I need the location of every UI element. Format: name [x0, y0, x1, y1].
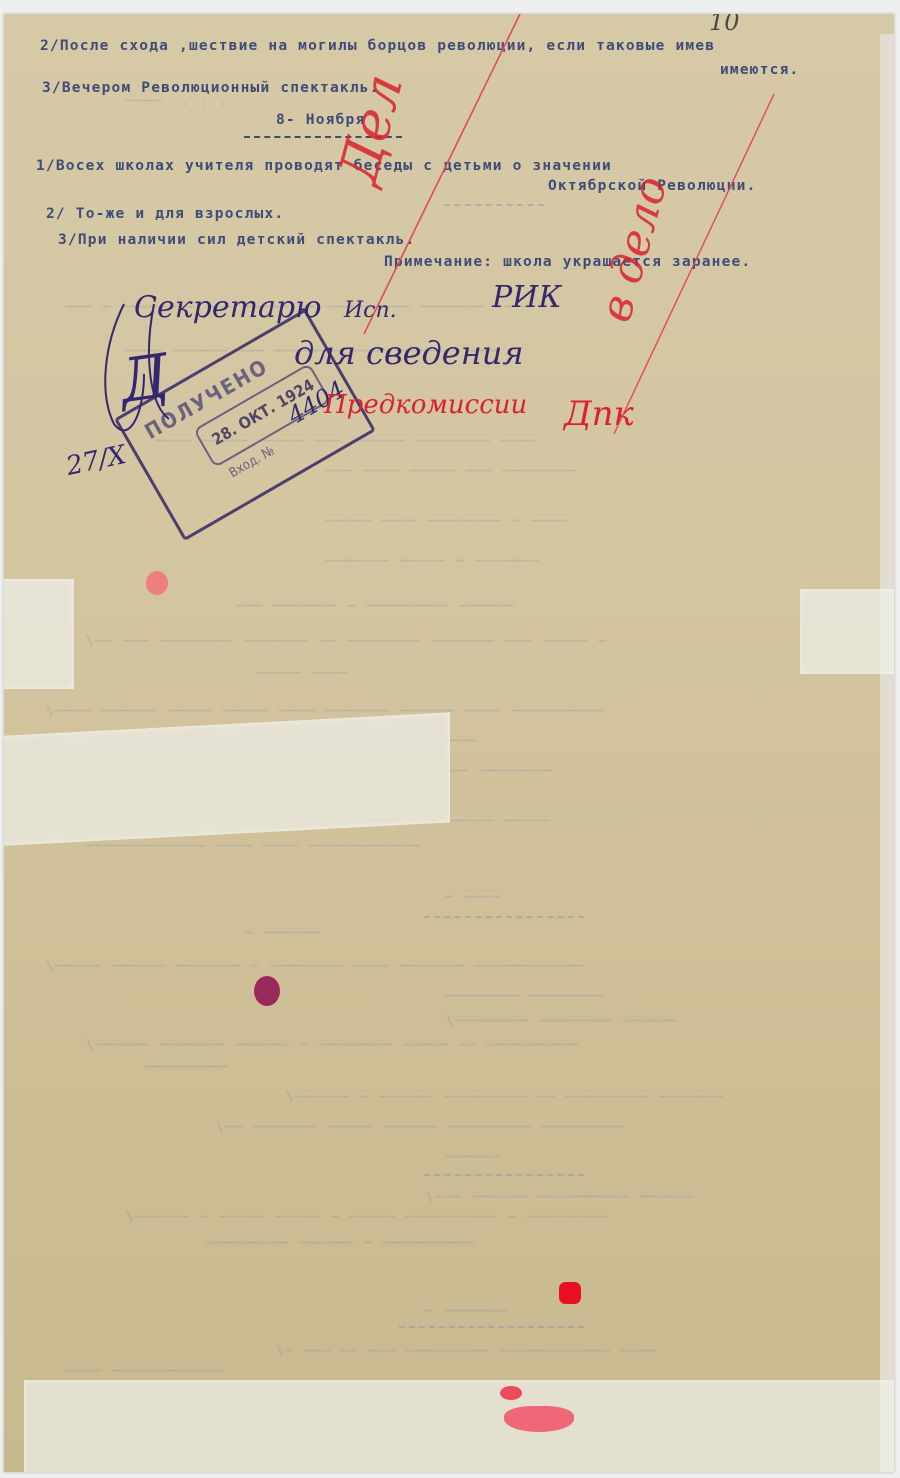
- bleed-text: ──────────── ─────── ──── ──────── ─ ───…: [44, 959, 585, 974]
- bleed-text: ────── ──────── ────────/: [444, 1014, 677, 1029]
- bleed-text: ───────── ───────── ────── ───── ───────…: [214, 1120, 624, 1135]
- bleed-text: ──────── ────────: [444, 989, 603, 1004]
- document-sheet: 10 2/После схода ,шествие на могилы борц…: [4, 14, 894, 1472]
- tape-patch: [800, 589, 894, 674]
- bleed-rule: [424, 1174, 584, 1176]
- bleed-text: ────────── ─ ────── ─────────: [204, 1236, 474, 1251]
- bleed-text: ──────: [444, 1150, 500, 1165]
- bleed-text: ─────────: [144, 1060, 228, 1075]
- bleed-text: ─────── ───────── ── ───────── ────── ─ …: [284, 1090, 722, 1105]
- bleed-text: ──── ─ ──────── ──── ─────: [324, 514, 567, 529]
- bleed-text: ─────── ─ ───── ───────: [324, 554, 539, 569]
- bleed-text: ────────── ── ───── ──────── ─ ────── ──…: [84, 1038, 578, 1053]
- red-strike-lines: [4, 14, 894, 514]
- bleed-rule: [424, 916, 584, 918]
- tape-patch: [4, 579, 74, 689]
- bleed-text: ────── ─: [244, 926, 319, 941]
- red-ink-spot: [559, 1282, 581, 1304]
- purple-ink-spot: [254, 976, 280, 1006]
- bleed-rule: [399, 1326, 584, 1328]
- bleed-text: ────── ───────── ─ ─────── ───: [234, 599, 514, 614]
- bleed-text: ───────── ─ ────────── ───── ─ ───── ───…: [124, 1210, 609, 1225]
- bleed-text: ──── ──────────── ───────── ─── ── ─── ─…: [274, 1344, 656, 1359]
- bleed-text: ─ ───── ─── ─────── ──────── ── ─────── …: [84, 634, 606, 649]
- bleed-text: ────────── ──── ────── ─────── ──── ────…: [44, 704, 604, 719]
- bleed-text: ─────── ─: [424, 1304, 508, 1319]
- red-ink-smudge: [504, 1406, 574, 1432]
- red-ink-spot: [146, 571, 168, 595]
- tape-strip-bottom: [24, 1380, 894, 1472]
- bleed-text: ──── ─────: [254, 666, 347, 681]
- bleed-text: ──────────── ────: [64, 1364, 223, 1379]
- red-ink-smudge: [500, 1386, 522, 1400]
- bleed-text: ──────────── ──── ──── ─────────────: [84, 839, 420, 854]
- bleed-text: ────── ────────── ────── ───/: [424, 1190, 694, 1205]
- bleed-text: ──── ─: [444, 890, 500, 905]
